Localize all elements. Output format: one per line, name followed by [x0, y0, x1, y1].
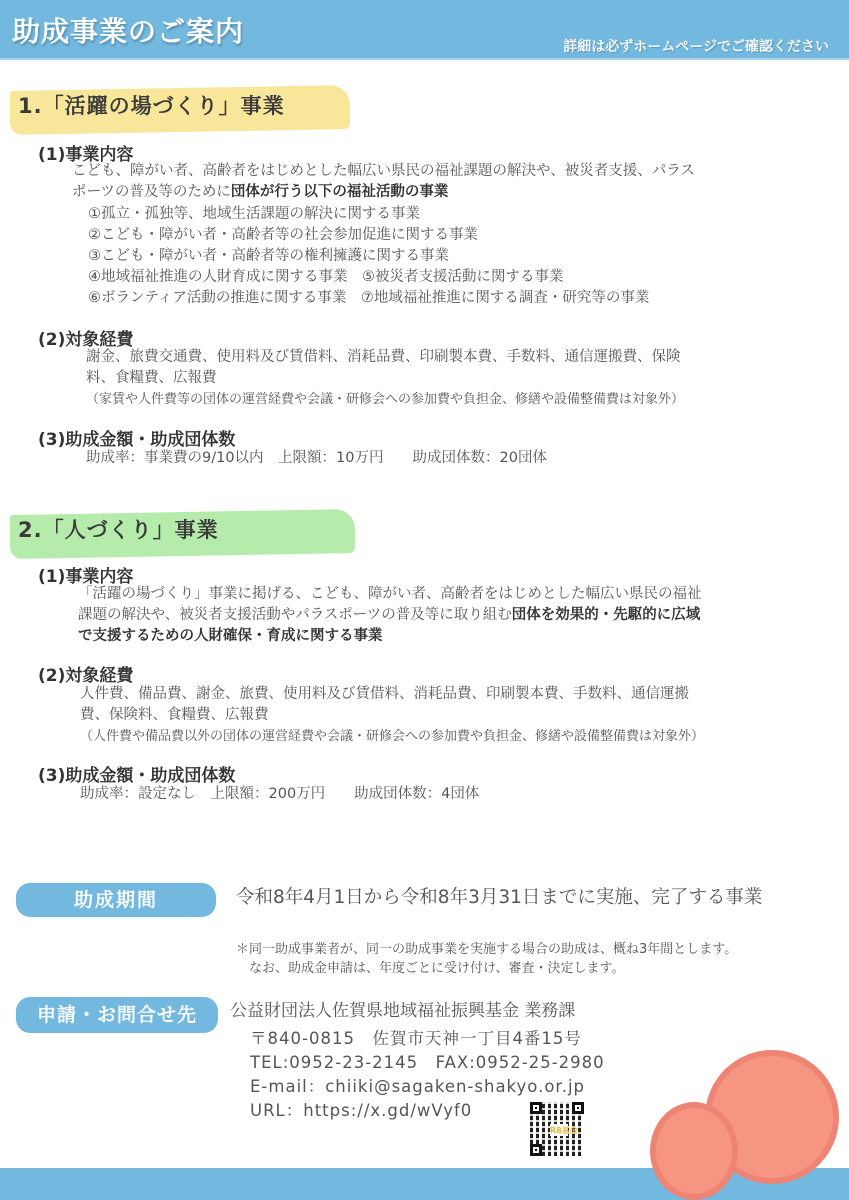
section2-expenses-text: 人件費、備品費、謝金、旅費、使用料及び賃借料、消耗品費、印刷製本費、手数料、通信… — [80, 684, 830, 747]
section2-content-text: 「活躍の場づくり」事業に掲げる、こども、障がい者、高齢者をはじめとした幅広い県民… — [78, 584, 828, 647]
contact-organization: 公益財団法人佐賀県地域福祉振興基金 業務課 — [230, 996, 575, 1021]
qr-finder-icon — [530, 1144, 542, 1156]
section2-amount-text: 助成率：設定なし 上限額：200万円 助成団体数：4団体 — [80, 784, 479, 805]
section2-amount-heading: (3)助成金額・助成団体数 — [38, 761, 235, 786]
note-line: なお、助成金申請は、年度ごとに受け付け、審査・決定します。 — [236, 959, 737, 978]
emphasis-text: 団体が行う以下の福祉活動の事業 — [231, 184, 449, 200]
section2-title: 2.「人づくり」事業 — [18, 514, 219, 544]
exclusion-note: （家賃や人件費等の団体の運営経費や会議・研修会への参加費や負担金、修繕や設備整備… — [86, 389, 826, 410]
qr-logo-label: R8基金 — [550, 1125, 578, 1136]
emphasis-text: で支援するための人財確保・育成に関する事業 — [78, 628, 383, 644]
section1-amount-text: 助成率：事業費の9/10以内 上限額：10万円 助成団体数：20団体 — [86, 448, 547, 469]
emphasis-text: 団体を効果的・先駆的に広域 — [512, 607, 701, 623]
qr-finder-icon — [530, 1102, 542, 1114]
contact-label-pill: 申請・お問合せ先 — [16, 997, 218, 1033]
section1-content-text: こども、障がい者、高齢者をはじめとした幅広い県民の福祉課題の解決や、被災者支援、… — [72, 161, 832, 203]
page-title: 助成事業のご案内 — [12, 10, 244, 50]
contact-url[interactable]: URL：https://x.gd/wVyf0 — [250, 1097, 472, 1121]
text-line: 「活躍の場づくり」事業に掲げる、こども、障がい者、高齢者をはじめとした幅広い県民… — [78, 584, 828, 605]
section2-expenses-heading: (2)対象経費 — [38, 661, 133, 686]
list-item: ②こども・障がい者・高齢者等の社会参加促進に関する事業 — [88, 225, 649, 246]
text-line: 料、食糧費、広報費 — [86, 368, 826, 389]
text-line: 謝金、旅費交通費、使用料及び賃借料、消耗品費、印刷製本費、手数料、通信運搬費、保… — [86, 347, 826, 368]
text-line: で支援するための人財確保・育成に関する事業 — [78, 626, 828, 647]
section1-title: 1.「活躍の場づくり」事業 — [18, 90, 285, 120]
list-item: ①孤立・孤独等、地域生活課題の解決に関する事業 — [88, 204, 649, 225]
list-item: ③こども・障がい者・高齢者等の権利擁護に関する事業 — [88, 246, 649, 267]
contact-phone[interactable]: TEL:0952-23-2145 FAX:0952-25-2980 — [250, 1049, 605, 1073]
text-line: 人件費、備品費、謝金、旅費、使用料及び賃借料、消耗品費、印刷製本費、手数料、通信… — [80, 684, 830, 705]
period-label-pill: 助成期間 — [16, 883, 216, 917]
exclusion-note: （人件費や備品費以外の団体の運営経費や会議・研修会への参加費や負担金、修繕や設備… — [80, 726, 830, 747]
section1-expenses-text: 謝金、旅費交通費、使用料及び賃借料、消耗品費、印刷製本費、手数料、通信運搬費、保… — [86, 347, 826, 410]
text-line: こども、障がい者、高齢者をはじめとした幅広い県民の福祉課題の解決や、被災者支援、… — [72, 161, 832, 182]
list-item: ④地域福祉推進の人財育成に関する事業 ⑤被災者支援活動に関する事業 — [88, 267, 649, 288]
qr-finder-icon — [572, 1102, 584, 1114]
qr-code[interactable]: R8基金 — [528, 1100, 586, 1158]
note-line: ＊同一助成事業者が、同一の助成事業を実施する場合の助成は、概ね3年間とします。 — [236, 940, 737, 959]
contact-address: 〒840-0815 佐賀市天神一丁目4番15号 — [250, 1025, 582, 1049]
section1-activity-list: ①孤立・孤独等、地域生活課題の解決に関する事業 ②こども・障がい者・高齢者等の社… — [88, 204, 649, 309]
text-line: ポーツの普及等のために団体が行う以下の福祉活動の事業 — [72, 182, 832, 203]
period-text: 令和8年4月1日から令和8年3月31日までに実施、完了する事業 — [236, 884, 826, 911]
section1-amount-heading: (3)助成金額・助成団体数 — [38, 425, 235, 450]
decorative-circle-small — [650, 1102, 738, 1200]
text-line: 費、保険料、食糧費、広報費 — [80, 705, 830, 726]
text-line: 課題の解決や、被災者支援活動やパラスポーツの普及等に取り組む団体を効果的・先駆的… — [78, 605, 828, 626]
header-note: 詳細は必ずホームページでご確認ください — [563, 36, 829, 56]
period-note: ＊同一助成事業者が、同一の助成事業を実施する場合の助成は、概ね3年間とします。 … — [236, 940, 737, 978]
list-item: ⑥ボランティア活動の推進に関する事業 ⑦地域福祉推進に関する調査・研究等の事業 — [88, 288, 649, 309]
page-header: 助成事業のご案内 詳細は必ずホームページでご確認ください — [0, 0, 849, 60]
contact-email[interactable]: E-mail：chiiki@sagaken-shakyo.or.jp — [250, 1073, 585, 1097]
